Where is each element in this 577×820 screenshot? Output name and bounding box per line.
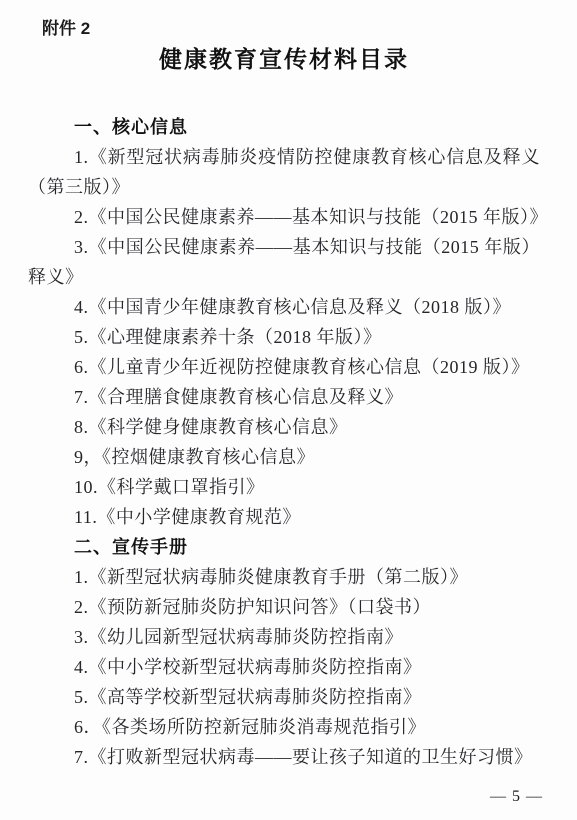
- document-body: 一、核心信息 1.《新型冠状病毒肺炎疫情防控健康教育核心信息及释义（第三版）》 …: [28, 112, 540, 772]
- list-item: 2.《预防新冠肺炎防护知识问答》（口袋书）: [28, 592, 540, 622]
- list-item: 3.《幼儿园新型冠状病毒肺炎防控指南》: [28, 622, 540, 652]
- list-item: 11.《中小学健康教育规范》: [28, 502, 540, 532]
- list-item: 10.《科学戴口罩指引》: [28, 472, 540, 502]
- page-number: — 5 —: [490, 788, 543, 806]
- list-item: 7.《合理膳食健康教育核心信息及释义》: [28, 382, 540, 412]
- list-item: 5.《高等学校新型冠状病毒肺炎防控指南》: [28, 682, 540, 712]
- list-item: 4.《中国青少年健康教育核心信息及释义（2018 版）》: [28, 292, 540, 322]
- section-heading-core-information: 一、核心信息: [28, 112, 540, 142]
- list-item: 1.《新型冠状病毒肺炎疫情防控健康教育核心信息及释义（第三版）》: [28, 142, 540, 202]
- attachment-label: 附件 2: [42, 18, 540, 40]
- list-item: 1.《新型冠状病毒肺炎健康教育手册（第二版）》: [28, 562, 540, 592]
- list-item: 8.《科学健身健康教育核心信息》: [28, 412, 540, 442]
- list-item: 5.《心理健康素养十条（2018 年版）》: [28, 322, 540, 352]
- document-page: 附件 2 健康教育宣传材料目录 一、核心信息 1.《新型冠状病毒肺炎疫情防控健康…: [0, 0, 577, 820]
- page-title: 健康教育宣传材料目录: [28, 44, 540, 74]
- list-item: 9，《控烟健康教育核心信息》: [28, 442, 540, 472]
- list-item: 3.《中国公民健康素养——基本知识与技能（2015 年版）释义》: [28, 232, 540, 292]
- list-item: 4.《中小学校新型冠状病毒肺炎防控指南》: [28, 652, 540, 682]
- list-item: 6．《各类场所防控新冠肺炎消毒规范指引》: [28, 712, 540, 742]
- list-item: 7.《打败新型冠状病毒——要让孩子知道的卫生好习惯》: [28, 742, 540, 772]
- list-item: 2.《中国公民健康素养——基本知识与技能（2015 年版）》: [28, 202, 540, 232]
- list-item: 6.《儿童青少年近视防控健康教育核心信息（2019 版）》: [28, 352, 540, 382]
- section-heading-propaganda-handbooks: 二、宣传手册: [28, 532, 540, 562]
